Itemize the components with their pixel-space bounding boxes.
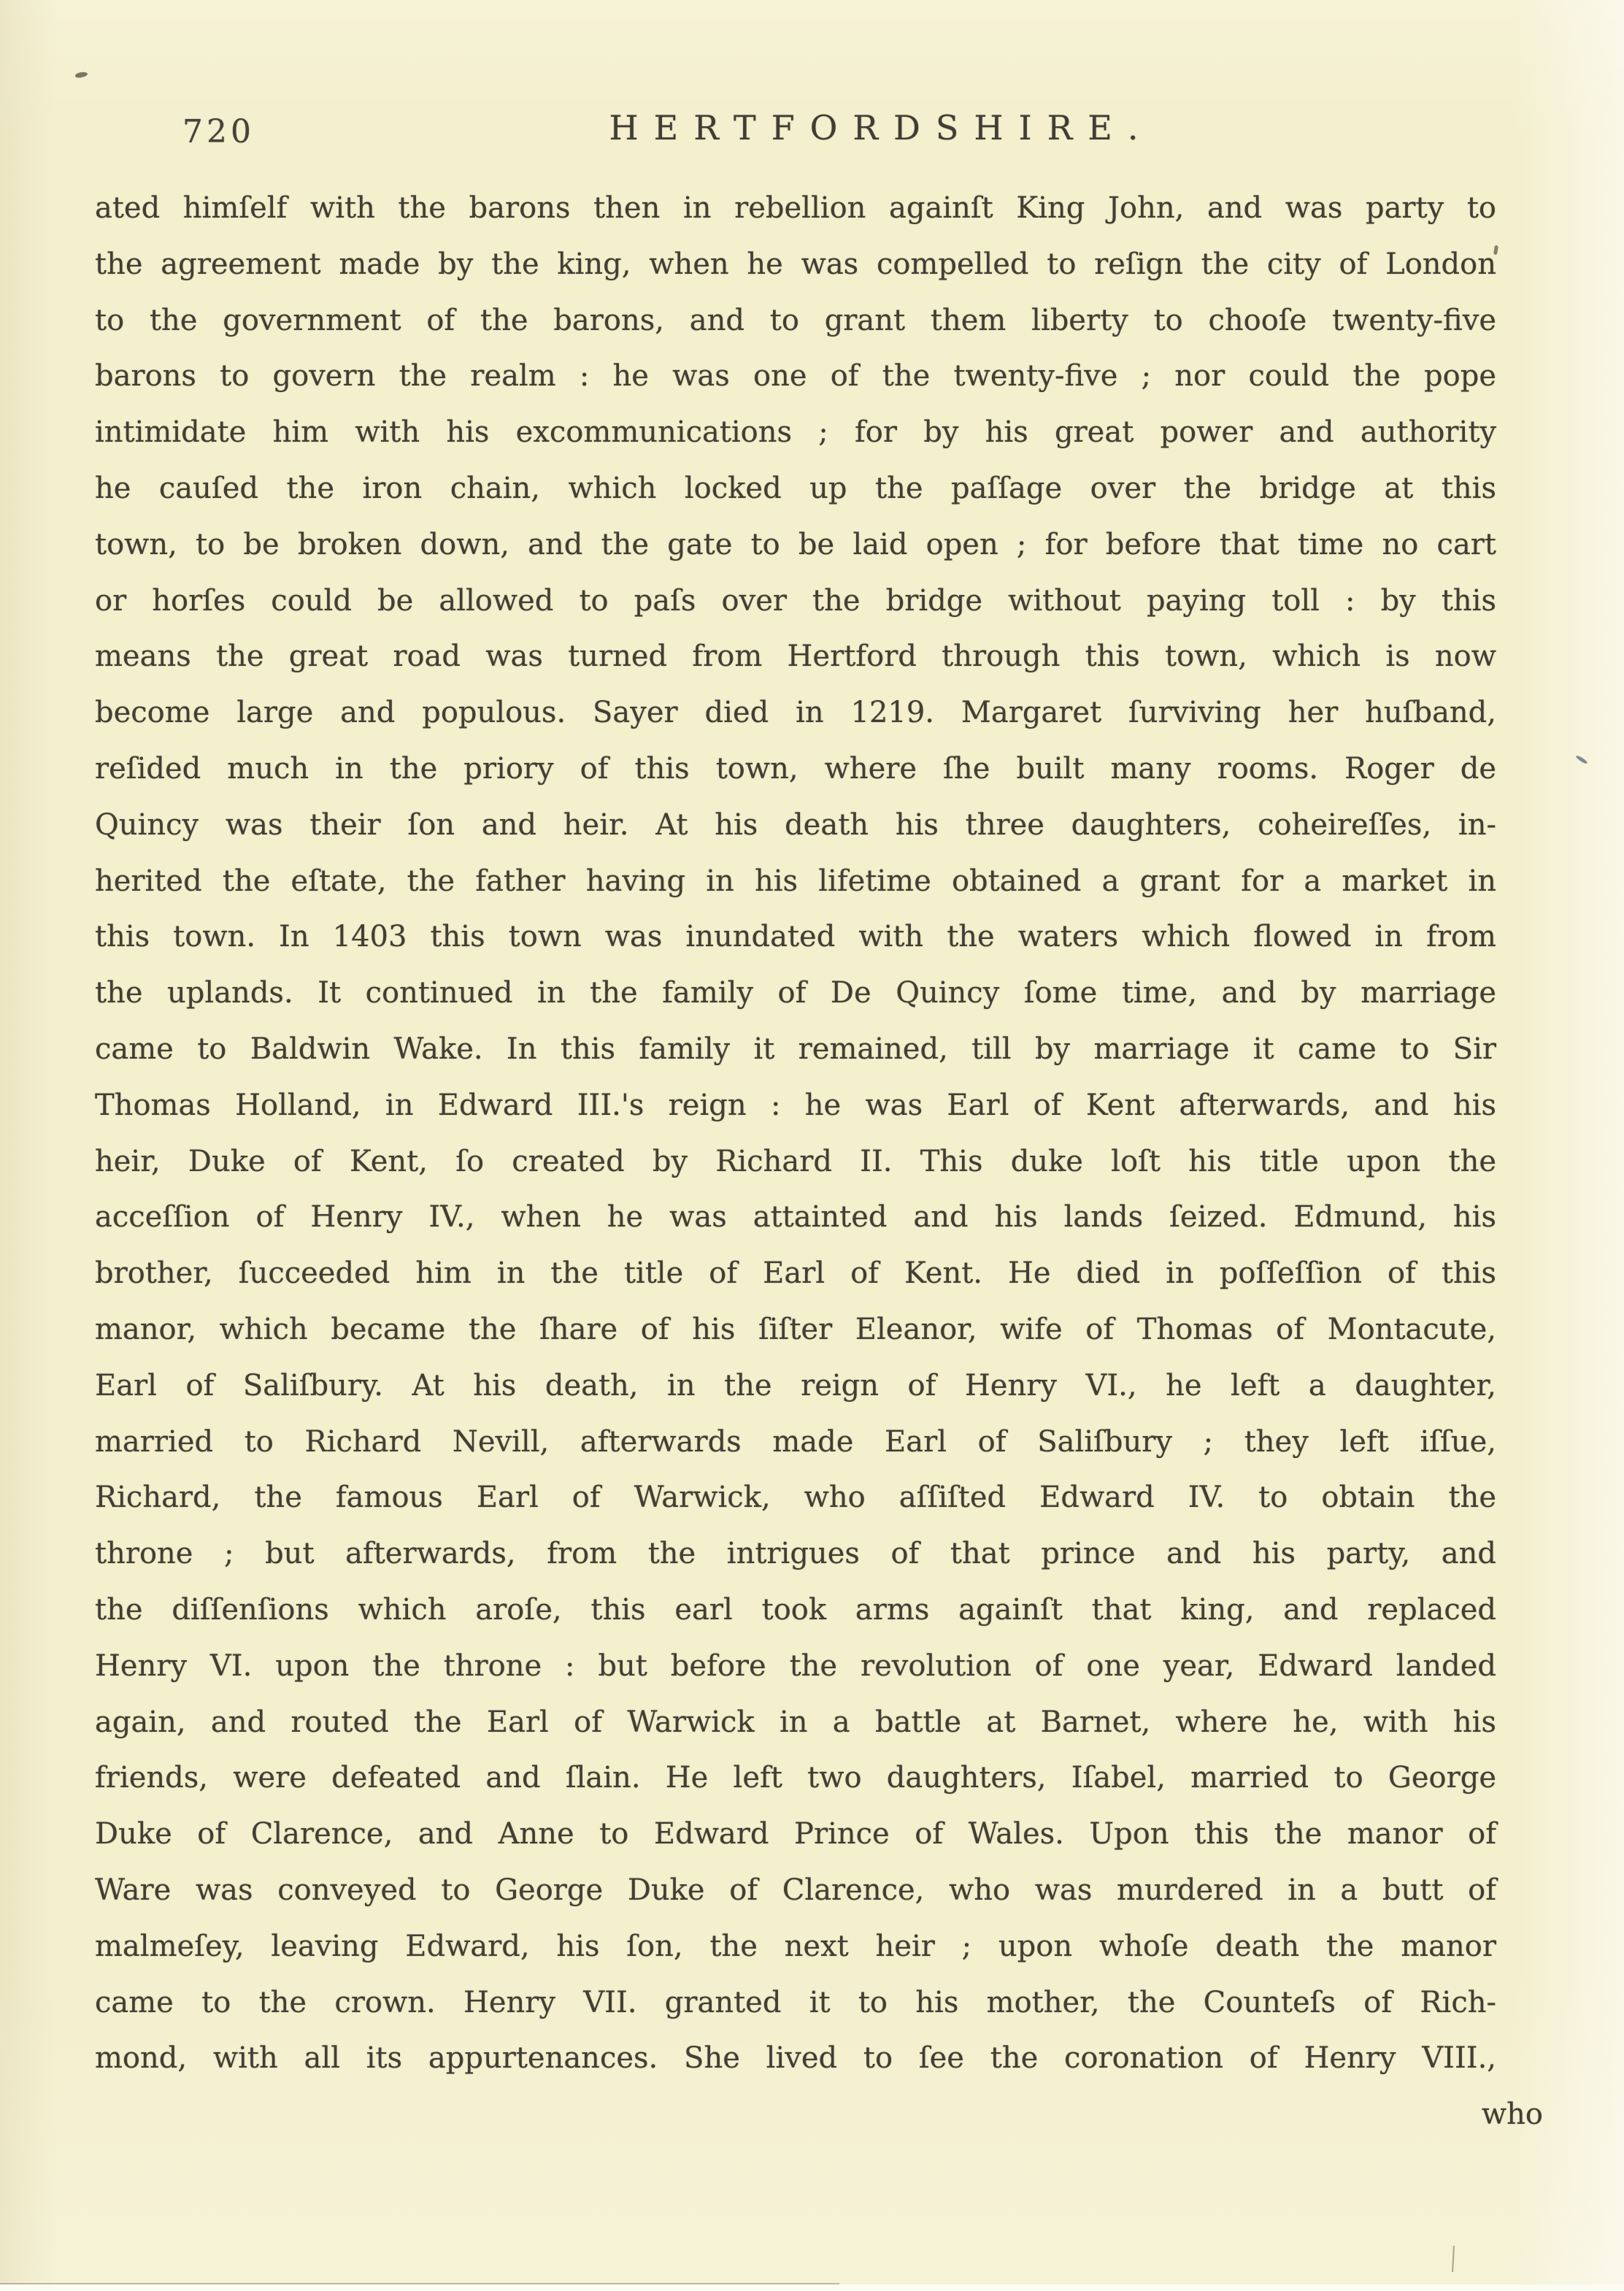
scan-edge (0, 2284, 1624, 2291)
body-text: ated himſelf with the barons then in reb… (95, 180, 1496, 2143)
text-line: to the government of the barons, and to … (95, 293, 1496, 349)
text-line: again, and routed the Earl of Warwick in… (95, 1695, 1496, 1751)
text-line: Ware was conveyed to George Duke of Clar… (95, 1862, 1496, 1919)
text-line: intimidate him with his excommunications… (95, 404, 1496, 461)
paper-fibre-mark (1452, 2246, 1455, 2272)
text-line: barons to govern the realm : he was one … (95, 348, 1496, 404)
text-line: Thomas Holland, in Edward III.'s reign :… (95, 1078, 1496, 1134)
text-line: friends, were defeated and ſlain. He lef… (95, 1750, 1496, 1806)
text-line: malmeſey, leaving Edward, his ſon, the n… (95, 1919, 1496, 1975)
text-line: or horſes could be allowed to paſs over … (95, 573, 1496, 629)
text-line: Earl of Saliſbury. At his death, in the … (95, 1358, 1496, 1414)
text-line: town, to be broken down, and the gate to… (95, 517, 1496, 573)
text-line: reſided much in the priory of this town,… (95, 741, 1496, 797)
text-line: become large and populous. Sayer died in… (95, 685, 1496, 741)
text-line: Richard, the famous Earl of Warwick, who… (95, 1470, 1496, 1526)
text-line: acceſſion of Henry IV., when he was atta… (95, 1189, 1496, 1246)
text-line: heir, Duke of Kent, ſo created by Richar… (95, 1134, 1496, 1190)
text-line: Quincy was their ſon and heir. At his de… (95, 797, 1496, 853)
book-page: 720 HERTFORDSHIRE. ated himſelf with the… (0, 0, 1624, 2291)
text-line: the uplands. It continued in the family … (95, 965, 1496, 1021)
text-line: this town. In 1403 this town was inundat… (95, 909, 1496, 965)
text-line: ated himſelf with the barons then in reb… (95, 180, 1496, 237)
ink-speck (1575, 755, 1588, 765)
catchword: who (95, 2087, 1543, 2143)
running-title: HERTFORDSHIRE. (0, 108, 1624, 147)
text-line: Duke of Clarence, and Anne to Edward Pri… (95, 1806, 1496, 1862)
text-line: Henry VI. upon the throne : but before t… (95, 1638, 1496, 1695)
text-line: herited the eſtate, the father having in… (95, 853, 1496, 910)
text-line: means the great road was turned from Her… (95, 629, 1496, 685)
text-line: mond, with all its appurtenances. She li… (95, 2030, 1496, 2087)
text-line: came to the crown. Henry VII. granted it… (95, 1975, 1496, 2031)
text-line: came to Baldwin Wake. In this family it … (95, 1021, 1496, 1078)
text-line: he cauſed the iron chain, which locked u… (95, 461, 1496, 517)
text-line: manor, which became the ſhare of his ſiſ… (95, 1302, 1496, 1358)
text-line: the agreement made by the king, when he … (95, 237, 1496, 293)
ink-speck (1493, 245, 1498, 256)
text-line: throne ; but afterwards, from the intrig… (95, 1526, 1496, 1582)
text-line: brother, ſucceeded him in the title of E… (95, 1246, 1496, 1302)
text-line: married to Richard Nevill, afterwards ma… (95, 1414, 1496, 1470)
ink-speck (74, 71, 88, 78)
text-line: the diſſenſions which aroſe, this earl t… (95, 1582, 1496, 1638)
